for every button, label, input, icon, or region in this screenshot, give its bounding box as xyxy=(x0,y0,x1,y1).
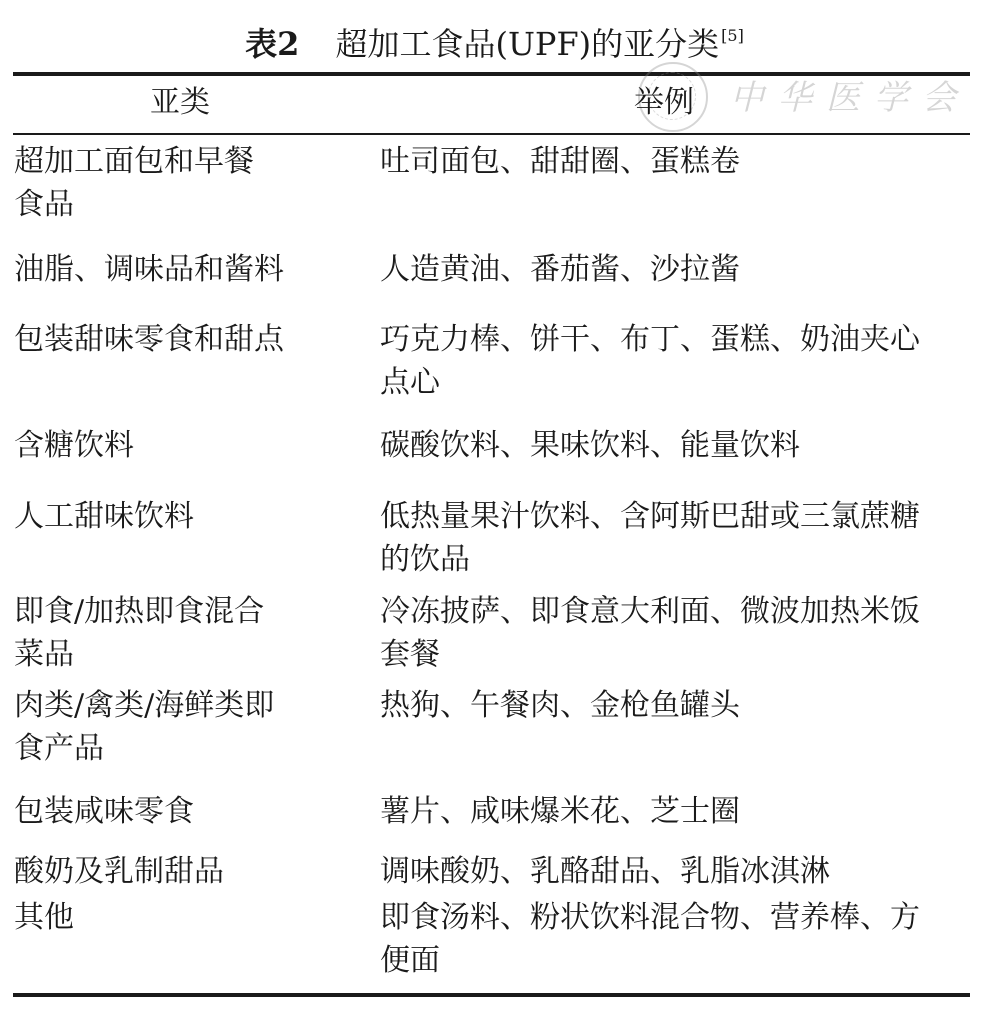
subcategory-cell: 含糖饮料 xyxy=(14,424,334,467)
examples-cell: 吐司面包、甜甜圈、蛋糕卷 xyxy=(380,140,975,183)
top-rule xyxy=(13,72,970,76)
subcategory-cell: 包装咸味零食 xyxy=(14,790,334,833)
examples-cell: 冷冻披萨、即食意大利面、微波加热米饭 套餐 xyxy=(380,590,975,676)
subcategory-cell: 其他 xyxy=(14,896,334,939)
header-rule xyxy=(13,133,970,135)
table-title: 超加工食品(UPF)的亚分类 xyxy=(335,25,719,63)
examples-cell: 人造黄油、番茄酱、沙拉酱 xyxy=(380,248,975,291)
subcategory-cell: 人工甜味饮料 xyxy=(14,495,334,538)
examples-cell: 调味酸奶、乳酪甜品、乳脂冰淇淋 xyxy=(380,850,975,893)
table-number: 表2 xyxy=(245,25,299,63)
column-header-examples: 举例 xyxy=(634,82,694,124)
column-header-subcategory: 亚类 xyxy=(150,82,210,124)
subcategory-cell: 超加工面包和早餐 食品 xyxy=(14,140,334,226)
examples-cell: 薯片、咸味爆米花、芝士圈 xyxy=(380,790,975,833)
examples-cell: 碳酸饮料、果味饮料、能量饮料 xyxy=(380,424,975,467)
table-caption: 表2超加工食品(UPF)的亚分类[5] xyxy=(0,14,989,66)
reference-marker[interactable]: [5] xyxy=(721,26,744,45)
subcategory-cell: 酸奶及乳制甜品 xyxy=(14,850,334,893)
subcategory-cell: 油脂、调味品和酱料 xyxy=(14,248,334,291)
watermark-text: 中华医学会 xyxy=(730,70,970,119)
examples-cell: 巧克力棒、饼干、布丁、蛋糕、奶油夹心 点心 xyxy=(380,318,975,404)
subcategory-cell: 肉类/禽类/海鲜类即 食产品 xyxy=(14,684,334,770)
examples-cell: 低热量果汁饮料、含阿斯巴甜或三氯蔗糖 的饮品 xyxy=(380,495,975,581)
bottom-rule xyxy=(13,993,970,997)
subcategory-cell: 即食/加热即食混合 菜品 xyxy=(14,590,334,676)
examples-cell: 即食汤料、粉状饮料混合物、营养棒、方 便面 xyxy=(380,896,975,982)
examples-cell: 热狗、午餐肉、金枪鱼罐头 xyxy=(380,684,975,727)
subcategory-cell: 包装甜味零食和甜点 xyxy=(14,318,334,361)
